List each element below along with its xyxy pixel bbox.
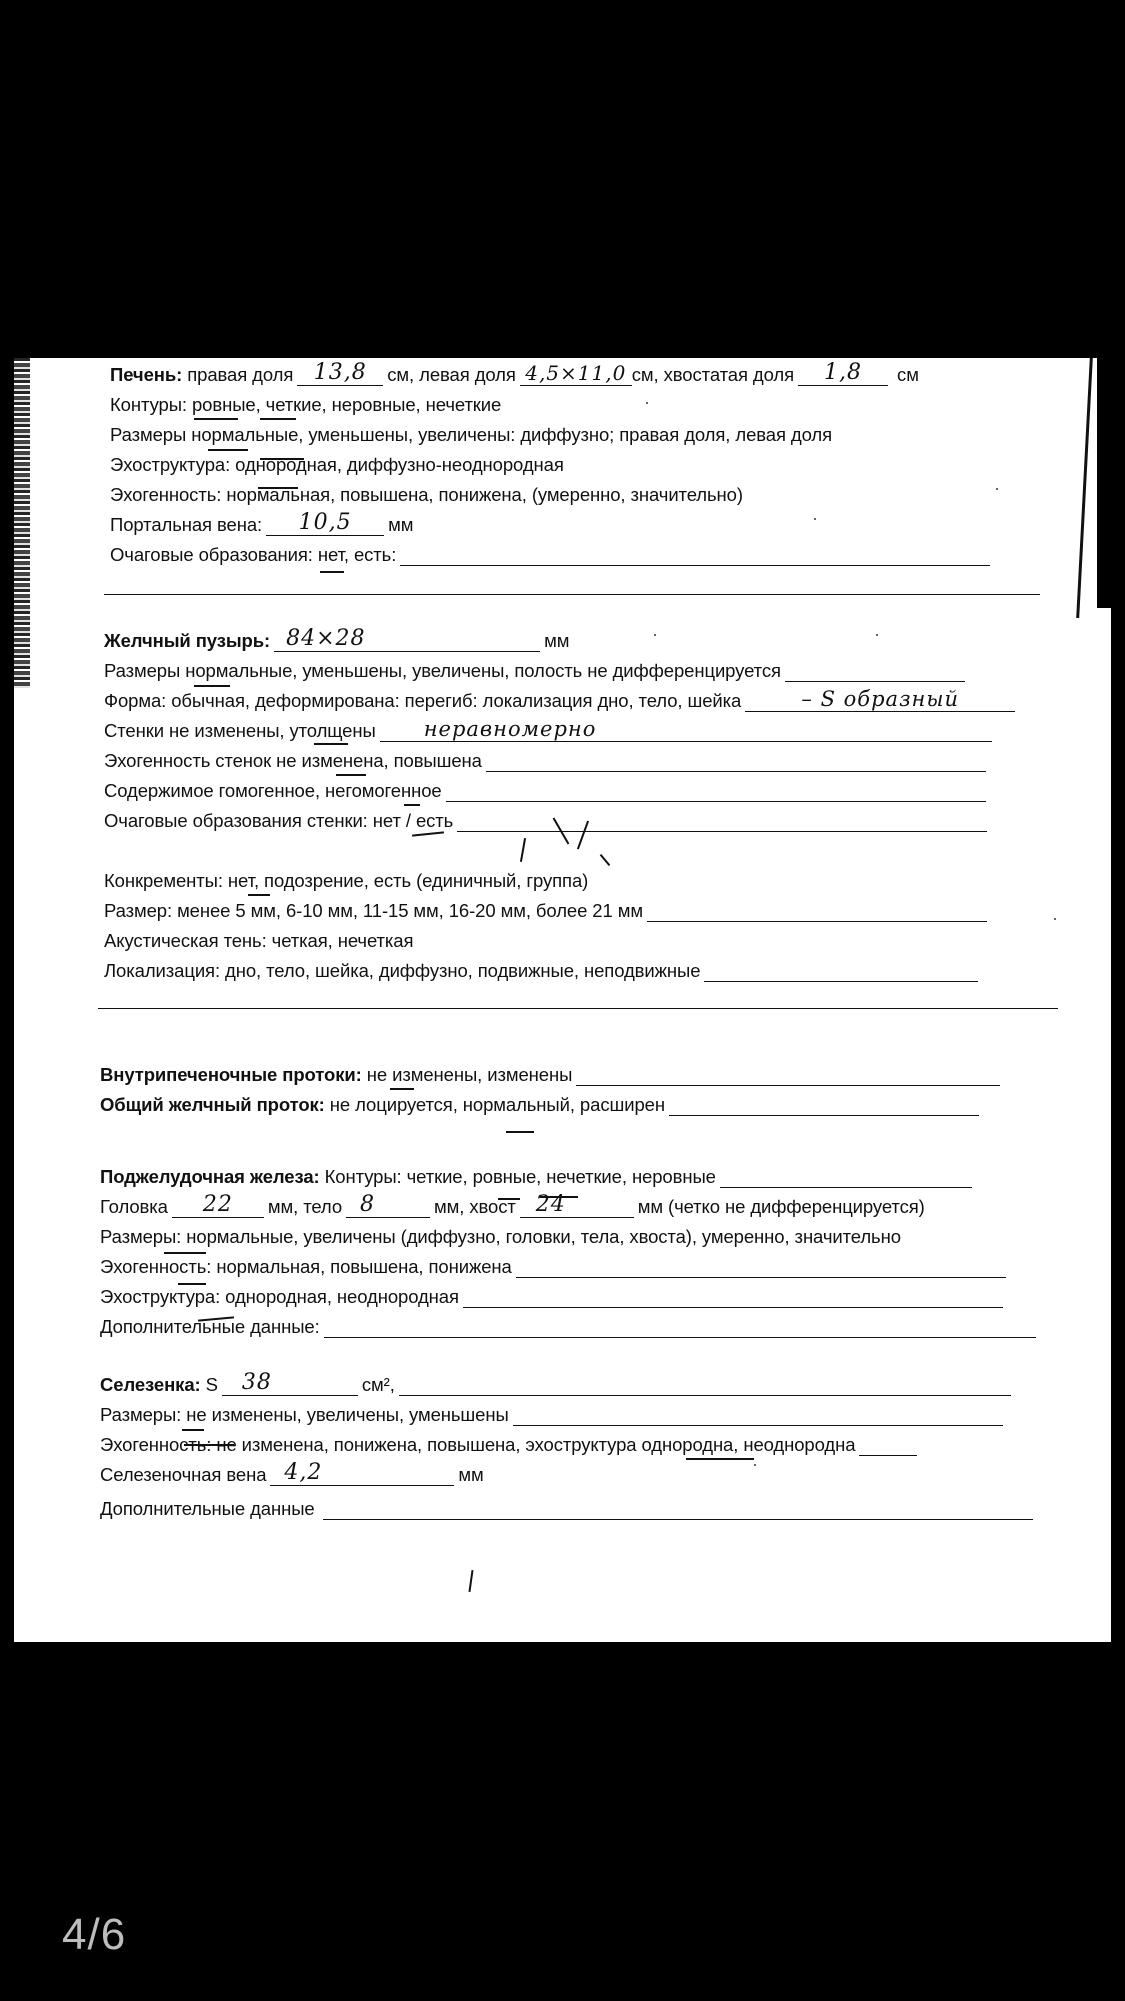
pancreas-additional-row: Дополнительные данные: [100, 1316, 1040, 1338]
intrahepatic-options: не изменены, изменены [367, 1064, 573, 1086]
pancreas-contours-row: Поджелудочная железа: Контуры: четкие, р… [100, 1166, 976, 1188]
underline-mark [164, 1252, 206, 1254]
gallbladder-size-field[interactable]: 84×28 [274, 631, 540, 652]
spleen-area-extra-field[interactable] [399, 1375, 1011, 1396]
common-bile-duct-row: Общий желчный проток: не лоцируется, нор… [100, 1094, 983, 1116]
gallbladder-sizes-row: Размеры нормальные, уменьшены, увеличены… [104, 660, 969, 682]
underline-mark [412, 831, 444, 836]
portal-vein-unit: мм [388, 514, 413, 536]
gallbladder-title: Желчный пузырь: [104, 630, 270, 652]
pancreas-echostructure-row: Эхоструктура: однородная, неоднородная [100, 1286, 1007, 1308]
common-bile-field[interactable] [669, 1095, 979, 1116]
photo-viewer: Печень: правая доля 13,8 см, левая доля … [0, 0, 1125, 2001]
sketch-mark [520, 838, 526, 862]
wall-echogenicity-row: Эхогенность стенок не изменена, повышена [104, 750, 990, 772]
underline-mark [336, 774, 366, 776]
spleen-additional: Дополнительные данные [100, 1498, 315, 1520]
wall-echogenicity: Эхогенность стенок не изменена, повышена [104, 750, 482, 772]
splenic-vein-field[interactable]: 4,2 [270, 1465, 454, 1486]
underline-mark [194, 418, 238, 420]
underline-mark [184, 1444, 234, 1446]
spleen-area-label: S [206, 1374, 218, 1396]
page-counter: 4/6 [62, 1910, 126, 1960]
scan-speck [654, 634, 656, 636]
stone-localization: Локализация: дно, тело, шейка, диффузно,… [104, 960, 700, 982]
splenic-vein-value: 4,2 [270, 1462, 454, 1484]
underline-mark [390, 1088, 414, 1090]
pancreas-echogenicity-field[interactable] [516, 1257, 1006, 1278]
caudate-lobe-value: 1,8 [798, 362, 888, 384]
liver-echogenicity: Эхогенность: нормальная, повышена, пониж… [110, 484, 743, 506]
head-value: 22 [172, 1194, 264, 1216]
pancreas-echogenicity: Эхогенность: нормальная, повышена, пониж… [100, 1256, 512, 1278]
right-lobe-label: правая доля [187, 364, 293, 386]
gallbladder-walls-value: неравномерно [380, 718, 992, 740]
unit-cm: см, [632, 364, 659, 386]
gallbladder-walls-field[interactable]: неравномерно [380, 721, 992, 742]
underline-mark [208, 449, 248, 451]
scanned-document-page[interactable]: Печень: правая доля 13,8 см, левая доля … [14, 358, 1111, 1642]
localization-row: Локализация: дно, тело, шейка, диффузно,… [104, 960, 982, 982]
liver-focal-field[interactable] [400, 545, 990, 566]
liver-contours: Контуры: ровные, четкие, неровные, нечет… [110, 394, 501, 416]
stone-size-field[interactable] [647, 901, 987, 922]
gallbladder-shape-field[interactable]: – S образный [745, 691, 1015, 712]
splenic-vein-unit: мм [458, 1464, 483, 1486]
underline-mark [260, 418, 296, 420]
intrahepatic-ducts-row: Внутрипеченочные протоки: не изменены, и… [100, 1064, 1004, 1086]
stone-size: Размер: менее 5 мм, 6-10 мм, 11-15 мм, 1… [104, 900, 643, 922]
splenic-vein-row: Селезеночная вена 4,2 мм [100, 1464, 484, 1486]
gallbladder-size-unit: мм [544, 630, 569, 652]
scan-edge-left [14, 358, 30, 688]
tail-suffix: мм (четко не дифференцируется) [638, 1196, 925, 1218]
body-value: 8 [346, 1194, 430, 1216]
spleen-area-value: 38 [222, 1372, 358, 1394]
stone-size-row: Размер: менее 5 мм, 6-10 мм, 11-15 мм, 1… [104, 900, 991, 922]
gallbladder-walls: Стенки не изменены, утолщены [104, 720, 376, 742]
pancreas-contours: Контуры: четкие, ровные, нечеткие, неров… [325, 1166, 716, 1188]
underline-mark [178, 1283, 206, 1285]
pancreas-sizes: Размеры: нормальные, увеличены (диффузно… [100, 1226, 901, 1248]
head-label: Головка [100, 1196, 168, 1218]
portal-vein-value: 10,5 [266, 512, 384, 534]
unit-cm: см, [387, 364, 414, 386]
stone-localization-field[interactable] [704, 961, 978, 982]
portal-vein-label: Портальная вена: [110, 514, 262, 536]
underline-mark [258, 487, 298, 489]
wall-focal-field[interactable] [457, 811, 987, 832]
liver-size-row: Печень: правая доля 13,8 см, левая доля … [110, 364, 919, 386]
scan-speck [876, 634, 878, 636]
gallbladder-stones: Конкременты: нет, подозрение, есть (един… [104, 870, 588, 892]
underline-mark [686, 1458, 754, 1460]
spleen-additional-field[interactable] [323, 1499, 1033, 1520]
head-field[interactable]: 22 [172, 1197, 264, 1218]
intrahepatic-title: Внутрипеченочные протоки: [100, 1064, 362, 1086]
common-bile-options: не лоцируется, нормальный, расширен [330, 1094, 665, 1116]
wall-focal: Очаговые образования стенки: нет / есть [104, 810, 453, 832]
gallbladder-sizes-field[interactable] [785, 661, 965, 682]
gallbladder-shape: Форма: обычная, деформирована: перегиб: … [104, 690, 741, 712]
left-lobe-label: левая доля [419, 364, 516, 386]
intrahepatic-field[interactable] [576, 1065, 1000, 1086]
spleen-sizes-row: Размеры: не изменены, увеличены, уменьше… [100, 1404, 1007, 1426]
gallbladder-sizes: Размеры нормальные, уменьшены, увеличены… [104, 660, 781, 682]
spleen-additional-row: Дополнительные данные [100, 1498, 1037, 1520]
unit-cm: см [897, 364, 919, 386]
pancreas-contours-field[interactable] [720, 1167, 972, 1188]
body-label: мм, тело [268, 1196, 342, 1218]
underline-mark [498, 1198, 520, 1200]
spleen-sizes-field[interactable] [513, 1405, 1003, 1426]
ultrasound-report-form: Печень: правая доля 13,8 см, левая доля … [14, 358, 1111, 1642]
pancreas-title: Поджелудочная железа: [100, 1166, 320, 1188]
portal-vein-row: Портальная вена: 10,5 мм [110, 514, 413, 536]
liver-sizes: Размеры нормальные, уменьшены, увеличены… [110, 424, 832, 446]
gallbladder-contents: Содержимое гомогенное, негомогенное [104, 780, 442, 802]
gallbladder-contents-field[interactable] [446, 781, 986, 802]
gallbladder-size-row: Желчный пузырь: 84×28 мм [104, 630, 569, 652]
spleen-sizes: Размеры: не изменены, увеличены, уменьше… [100, 1404, 509, 1426]
scan-speck [1054, 918, 1056, 920]
common-bile-title: Общий желчный проток: [100, 1094, 325, 1116]
contents-row: Содержимое гомогенное, негомогенное [104, 780, 990, 802]
scan-speck [814, 518, 816, 520]
pancreas-additional-field[interactable] [324, 1317, 1036, 1338]
caudate-lobe-field[interactable]: 1,8 [798, 365, 888, 386]
sketch-mark [600, 854, 611, 866]
spleen-echogenicity-field[interactable] [859, 1435, 917, 1456]
spleen-title: Селезенка: [100, 1374, 201, 1396]
spleen-area-field[interactable]: 38 [222, 1375, 358, 1396]
localization-line-2[interactable] [98, 1008, 1058, 1009]
gallbladder-shape-value: – S образный [745, 688, 1015, 710]
gallbladder-size-value: 84×28 [274, 628, 540, 650]
underline-mark [194, 685, 230, 687]
scan-speck [996, 488, 998, 490]
pancreas-echogenicity-row: Эхогенность: нормальная, повышена, пониж… [100, 1256, 1010, 1278]
scan-edge-right [1097, 358, 1125, 608]
wall-focal-row: Очаговые образования стенки: нет / есть [104, 810, 991, 832]
portal-vein-field[interactable]: 10,5 [266, 515, 384, 536]
gallbladder-shape-row: Форма: обычная, деформирована: перегиб: … [104, 690, 1019, 712]
acoustic-shadow: Акустическая тень: четкая, нечеткая [104, 930, 413, 952]
tail-field[interactable]: 24 [520, 1197, 634, 1218]
left-lobe-field[interactable]: 4,5×11,0 [520, 365, 632, 386]
body-field[interactable]: 8 [346, 1197, 430, 1218]
underline-mark [404, 804, 420, 806]
liver-focal-row: Очаговые образования: нет, есть: [110, 544, 994, 566]
pancreas-echostructure: Эхоструктура: однородная, неоднородная [100, 1286, 459, 1308]
wall-echogenicity-field[interactable] [486, 751, 986, 772]
underline-mark [182, 1429, 204, 1431]
pancreas-echostructure-field[interactable] [463, 1287, 1003, 1308]
underline-mark [320, 571, 344, 573]
underline-mark [260, 458, 304, 460]
underline-mark [248, 894, 270, 896]
sketch-mark [468, 1570, 473, 1592]
liver-focal-line-2[interactable] [104, 594, 1040, 595]
gallbladder-walls-row: Стенки не изменены, утолщены неравномерн… [104, 720, 996, 742]
underline-mark [540, 1196, 578, 1198]
caudate-lobe-label: хвостатая доля [664, 364, 794, 386]
spleen-area-row: Селезенка: S 38 см², [100, 1374, 1015, 1396]
liver-focal-label: Очаговые образования: нет, есть: [110, 544, 396, 566]
right-lobe-value: 13,8 [297, 362, 383, 384]
liver-echostructure: Эхоструктура: однородная, диффузно-неодн… [110, 454, 564, 476]
right-lobe-field[interactable]: 13,8 [297, 365, 383, 386]
scan-speck [754, 1464, 756, 1466]
scan-speck [646, 402, 648, 404]
liver-title: Печень: [110, 364, 182, 386]
left-lobe-value: 4,5×11,0 [520, 362, 632, 384]
underline-mark [314, 743, 348, 745]
splenic-vein-label: Селезеночная вена [100, 1464, 266, 1486]
spleen-area-unit: см², [362, 1374, 395, 1396]
underline-mark [506, 1131, 534, 1133]
